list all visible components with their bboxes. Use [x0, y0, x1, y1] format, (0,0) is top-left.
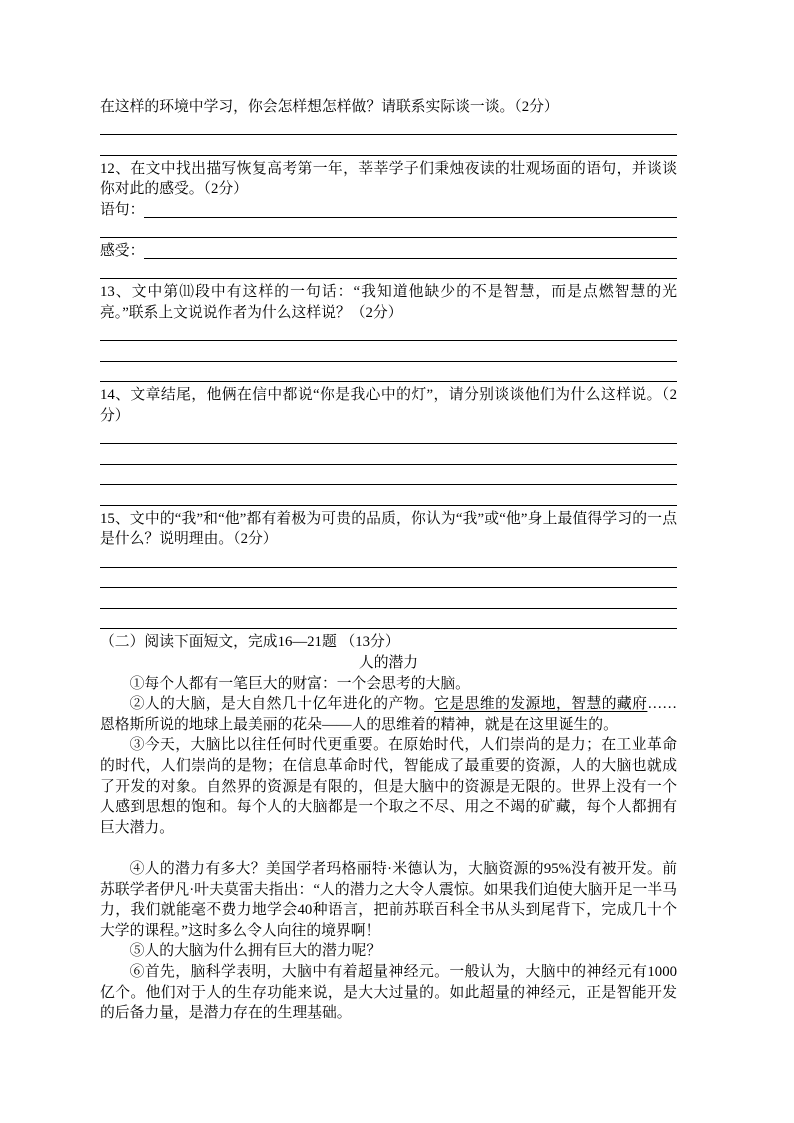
sentence-answer-row: 语句：	[100, 200, 677, 221]
question-15-text: 15、文中的“我”和“他”都有着极为可贵的品质，你认为“我”或“他”身上最值得学…	[100, 509, 677, 550]
feeling-label: 感受：	[100, 241, 144, 262]
question-12-text: 12、在文中找出描写恢复高考第一年，莘莘学子们秉烛夜读的壮观场面的语句，并谈谈你…	[100, 159, 677, 200]
passage-paragraph-4: ④人的潜力有多大？美国学者玛格丽特·米德认为，大脑资源的95%没有被开发。前苏联…	[100, 859, 677, 941]
passage-paragraph-2: ②人的大脑，是大自然几十亿年进化的产物。它是思维的发源地，智慧的藏府……恩格斯所…	[100, 694, 677, 735]
exam-page: 在这样的环境中学习，你会怎样想怎样做？请联系实际谈一谈。（2分） 12、在文中找…	[0, 0, 794, 1123]
answer-line	[100, 118, 677, 139]
answer-line	[100, 221, 677, 242]
answer-line	[100, 138, 677, 159]
feeling-answer-row: 感受：	[100, 241, 677, 262]
passage-paragraph-5: ⑤人的大脑为什么拥有巨大的潜力呢？	[100, 941, 677, 962]
answer-line	[100, 591, 677, 612]
passage-title: 人的潜力	[100, 653, 677, 674]
answer-line	[100, 468, 677, 489]
blank-row	[100, 838, 677, 859]
answer-line	[100, 447, 677, 468]
answer-line	[100, 324, 677, 345]
answer-line	[100, 550, 677, 571]
feeling-blank-line	[144, 241, 677, 259]
answer-line	[100, 571, 677, 592]
paragraph-2-underlined-phrase: 它是思维的发源地，智慧的藏府	[434, 696, 647, 712]
answer-line	[100, 365, 677, 386]
question-14-text: 14、文章结尾，他俩在信中都说“你是我心中的灯”，请分别谈谈他们为什么这样说。（…	[100, 385, 677, 426]
answer-line	[100, 612, 677, 633]
answer-line	[100, 427, 677, 448]
question-11-prompt: 在这样的环境中学习，你会怎样想怎样做？请联系实际谈一谈。（2分）	[100, 97, 677, 118]
answer-line	[100, 262, 677, 283]
sentence-label: 语句：	[100, 200, 144, 221]
passage-paragraph-1: ①每个人都有一笔巨大的财富：一个会思考的大脑。	[100, 674, 677, 695]
sentence-blank-line	[144, 200, 677, 218]
passage-paragraph-3: ③今天，大脑比以往任何时代更重要。在原始时代，人们崇尚的是力；在工业革命的时代，…	[100, 735, 677, 838]
answer-line	[100, 344, 677, 365]
section-2-header: （二）阅读下面短文，完成16—21题 （13分）	[100, 632, 677, 653]
paragraph-2-pre: ②人的大脑，是大自然几十亿年进化的产物。	[130, 696, 435, 712]
question-13-text: 13、文中第⑾段中有这样的一句话：“我知道他缺少的不是智慧，而是点燃智慧的光亮。…	[100, 282, 677, 323]
answer-line	[100, 488, 677, 509]
passage-paragraph-6: ⑥首先，脑科学表明，大脑中有着超量神经元。一般认为，大脑中的神经元有1000亿个…	[100, 962, 677, 1024]
